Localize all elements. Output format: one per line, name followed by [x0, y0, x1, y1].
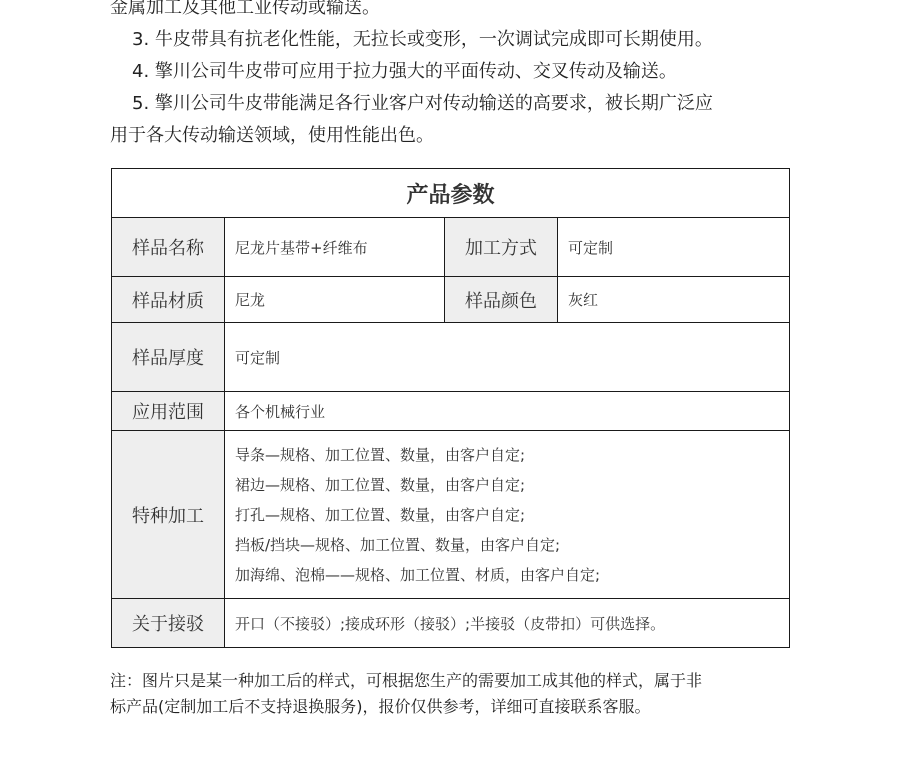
special-processing-label: 特种加工: [112, 431, 225, 599]
table-title: 产品参数: [112, 169, 790, 218]
table-row: 样品名称 尼龙片基带+纤维布 加工方式 可定制: [112, 218, 790, 277]
application-label: 应用范围: [112, 392, 225, 431]
intro-line: 5. 擎川公司牛皮带能满足各行业客户对传动输送的高要求，被长期广泛应: [110, 88, 800, 120]
note-line: 标产品(定制加工后不支持退换服务)，报价仅供参考，详细可直接联系客服。: [110, 694, 790, 720]
table-row: 应用范围 各个机械行业: [112, 392, 790, 431]
table-row: 样品厚度 可定制: [112, 323, 790, 392]
sample-name-value: 尼龙片基带+纤维布: [225, 218, 445, 277]
special-line: 裙边—规格、加工位置、数量，由客户自定;: [235, 470, 779, 500]
intro-line: 金属加工及其他工业传动或输送。: [110, 0, 800, 24]
special-line: 挡板/挡块—规格、加工位置、数量，由客户自定;: [235, 530, 779, 560]
special-line: 打孔—规格、加工位置、数量，由客户自定;: [235, 500, 779, 530]
table-title-row: 产品参数: [112, 169, 790, 218]
application-value: 各个机械行业: [225, 392, 790, 431]
intro-line: 用于各大传动输送领域，使用性能出色。: [110, 120, 800, 152]
special-line: 加海绵、泡棉——规格、加工位置、材质，由客户自定;: [235, 560, 779, 590]
table-row: 样品材质 尼龙 样品颜色 灰红: [112, 277, 790, 323]
intro-line: 4. 擎川公司牛皮带可应用于拉力强大的平面传动、交叉传动及输送。: [110, 56, 800, 88]
table-row: 特种加工 导条—规格、加工位置、数量，由客户自定; 裙边—规格、加工位置、数量，…: [112, 431, 790, 599]
splice-label: 关于接驳: [112, 599, 225, 648]
special-processing-value: 导条—规格、加工位置、数量，由客户自定; 裙边—规格、加工位置、数量，由客户自定…: [225, 431, 790, 599]
color-value: 灰红: [558, 277, 790, 323]
product-params-table: 产品参数 样品名称 尼龙片基带+纤维布 加工方式 可定制 样品材质 尼龙 样品颜…: [111, 168, 790, 648]
note-text: 注：图片只是某一种加工后的样式，可根据您生产的需要加工成其他的样式，属于非 标产…: [110, 668, 790, 720]
intro-text: 金属加工及其他工业传动或输送。 3. 牛皮带具有抗老化性能，无拉长或变形，一次调…: [110, 0, 800, 152]
material-value: 尼龙: [225, 277, 445, 323]
intro-line: 3. 牛皮带具有抗老化性能，无拉长或变形，一次调试完成即可长期使用。: [110, 24, 800, 56]
thickness-label: 样品厚度: [112, 323, 225, 392]
splice-value: 开口（不接驳）;接成环形（接驳）;半接驳（皮带扣）可供选择。: [225, 599, 790, 648]
table-row: 关于接驳 开口（不接驳）;接成环形（接驳）;半接驳（皮带扣）可供选择。: [112, 599, 790, 648]
color-label: 样品颜色: [445, 277, 558, 323]
sample-name-label: 样品名称: [112, 218, 225, 277]
material-label: 样品材质: [112, 277, 225, 323]
note-line: 注：图片只是某一种加工后的样式，可根据您生产的需要加工成其他的样式，属于非: [110, 668, 790, 694]
special-line: 导条—规格、加工位置、数量，由客户自定;: [235, 440, 779, 470]
processing-label: 加工方式: [445, 218, 558, 277]
processing-value: 可定制: [558, 218, 790, 277]
thickness-value: 可定制: [225, 323, 790, 392]
